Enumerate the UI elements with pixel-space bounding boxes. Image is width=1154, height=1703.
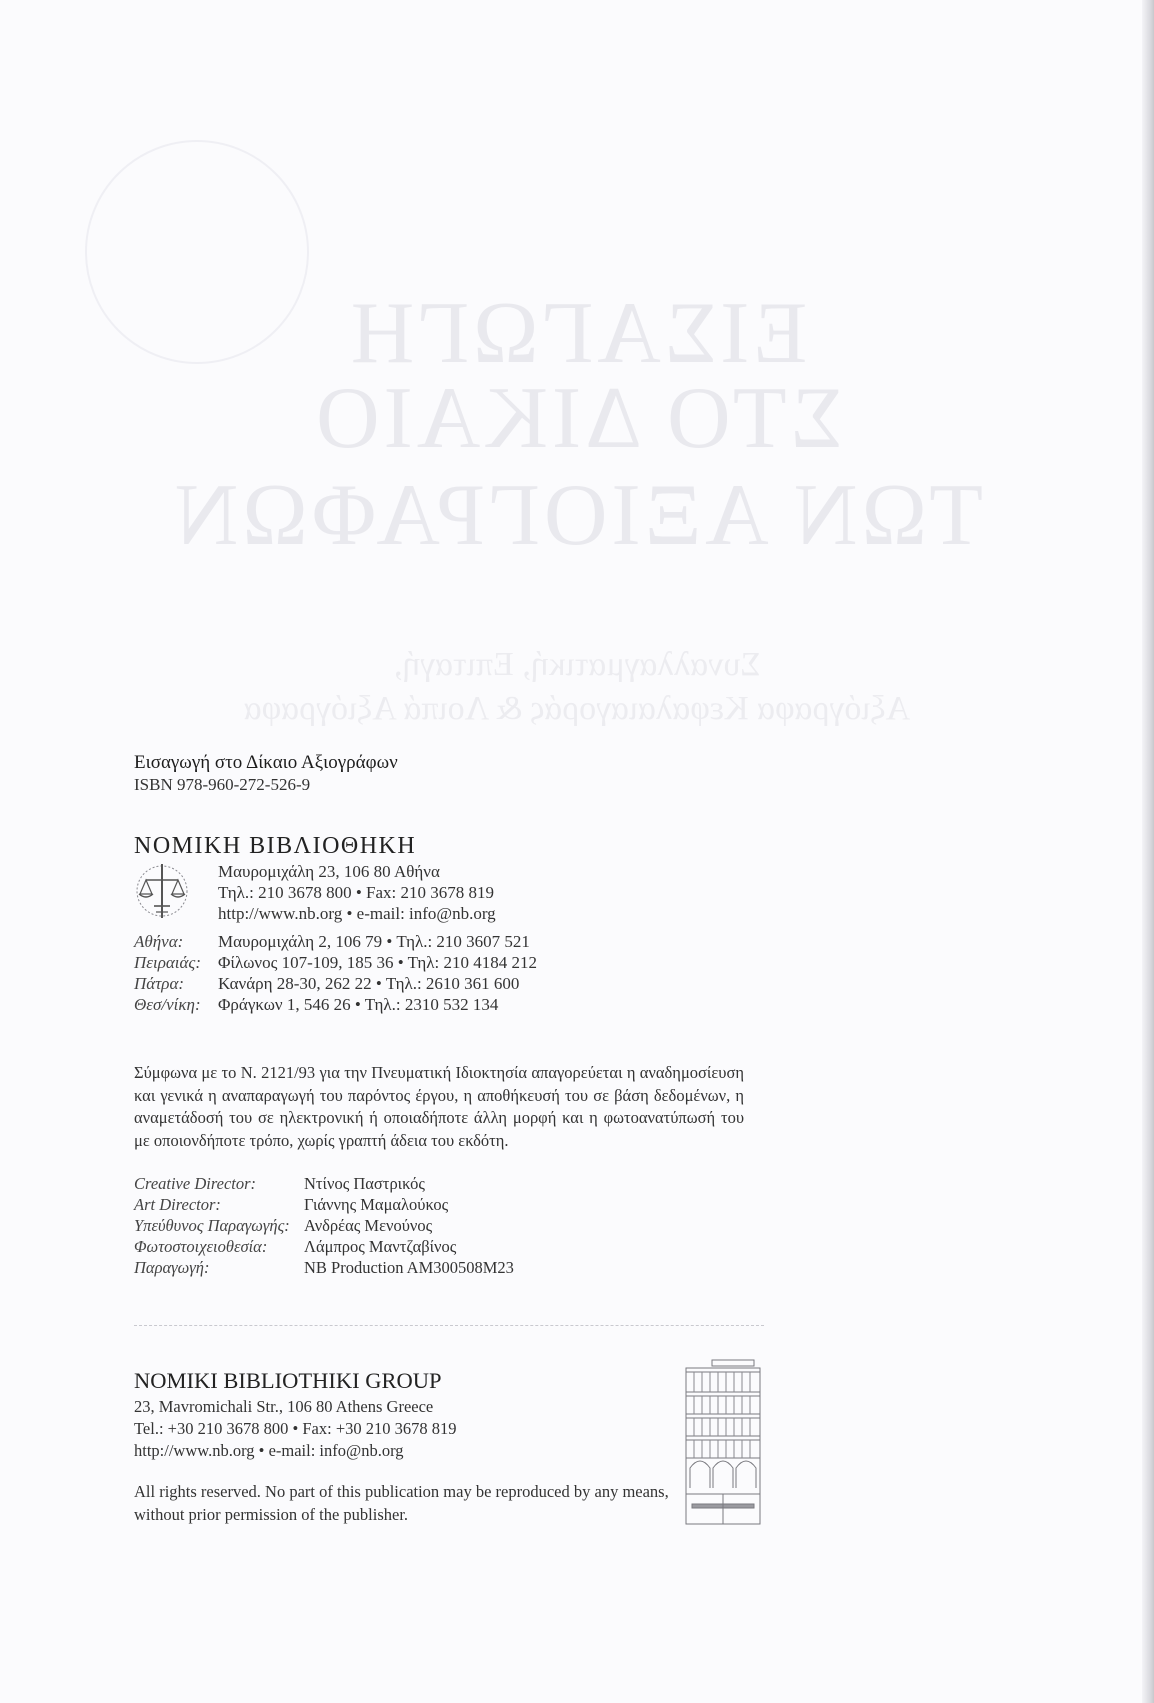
bleed-title-line-1: ΕΙΣΑΓΩΓΗ <box>0 290 1154 378</box>
credit-role: Φωτοστοιχειοθεσία: <box>134 1237 267 1257</box>
credit-name: Ντίνος Παστρικός <box>304 1174 425 1194</box>
branch-label: Πειραιάς: <box>134 953 201 973</box>
branch-value: Φίλωνος 107-109, 185 36 • Τηλ: 210 4184 … <box>218 953 537 973</box>
building-facade-icon <box>682 1358 764 1528</box>
branch-value: Μαυρομιχάλη 2, 106 79 • Τηλ.: 210 3607 5… <box>218 932 530 952</box>
page-edge-shadow <box>1142 0 1154 1703</box>
group-name: NOMIKI BIBLIOTHIKI GROUP <box>134 1368 441 1394</box>
branch-value: Κανάρη 28-30, 262 22 • Τηλ.: 2610 361 60… <box>218 974 519 994</box>
scales-of-justice-seal-icon <box>134 860 190 922</box>
credit-name: Γιάννης Μαμαλούκος <box>304 1195 448 1215</box>
group-address: 23, Mavromichali Str., 106 80 Athens Gre… <box>134 1397 433 1417</box>
bleed-title-line-2: ΣΤΟ ΔΙΚΑΙΟ <box>0 375 1154 463</box>
credit-name: Ανδρέας Μενούνος <box>304 1216 432 1236</box>
group-phone-fax: Tel.: +30 210 3678 800 • Fax: +30 210 36… <box>134 1419 457 1439</box>
book-title: Εισαγωγή στο Δίκαιο Αξιογράφων <box>134 752 398 774</box>
credit-role: Παραγωγή: <box>134 1258 210 1278</box>
bleed-subtitle-line-1: Συναλλαγματική, Επιταγή, <box>0 646 1154 684</box>
isbn: ISBN 978-960-272-526-9 <box>134 775 310 795</box>
bleed-subtitle-line-2: Αξιόγραφα Κεφαλαιαγοράς & Λοιπά Αξιόγραφ… <box>0 690 1154 728</box>
section-divider <box>134 1325 764 1326</box>
credit-name: Λάμπρος Μαντζαβίνος <box>304 1237 456 1257</box>
credit-role: Art Director: <box>134 1195 221 1215</box>
publisher-address: Μαυρομιχάλη 23, 106 80 Αθήνα <box>218 862 440 882</box>
publisher-phone-fax: Τηλ.: 210 3678 800 • Fax: 210 3678 819 <box>218 883 494 903</box>
branch-label: Θεσ/νίκη: <box>134 995 201 1015</box>
branch-label: Αθήνα: <box>134 932 183 952</box>
publisher-web-email: http://www.nb.org • e-mail: info@nb.org <box>218 904 496 924</box>
credit-role: Creative Director: <box>134 1174 256 1194</box>
publisher-name: ΝΟΜΙΚΗ ΒΙΒΛΙΟΘΗΚΗ <box>134 833 416 860</box>
branch-value: Φράγκων 1, 546 26 • Τηλ.: 2310 532 134 <box>218 995 498 1015</box>
branch-label: Πάτρα: <box>134 974 184 994</box>
credit-name: NB Production AM300508M23 <box>304 1258 514 1278</box>
rights-notice: All rights reserved. No part of this pub… <box>134 1480 674 1526</box>
bleed-title-line-3: ΤΩΝ ΑΞΙΟΓΡΑΦΩΝ <box>0 472 1154 560</box>
credit-role: Υπεύθυνος Παραγωγής: <box>134 1216 290 1236</box>
copyright-notice: Σύμφωνα με το Ν. 2121/93 για την Πνευματ… <box>134 1062 744 1152</box>
group-web-email: http://www.nb.org • e-mail: info@nb.org <box>134 1441 404 1461</box>
